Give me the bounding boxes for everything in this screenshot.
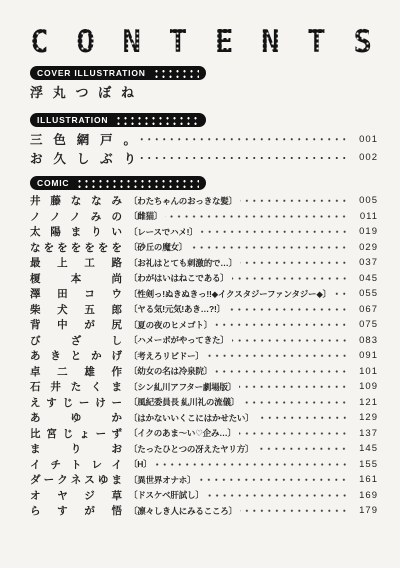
dot-leader [165,209,348,225]
cover-illustration-entries: 浮丸つぼね [0,83,400,100]
entry-page: 137 [351,428,378,439]
toc-entry-row: あゆか 〔はかないいくこにはかせたい〕 129 [30,410,378,426]
toc-entry-row: まりお 〔たったひとつの冴えたヤリ方〕 145 [30,441,378,457]
entry-page: 002 [351,152,378,163]
comic-banner: COMIC [30,176,206,190]
contents-page: CONTENTS COVER ILLUSTRATION 浮丸つぼね ILLUST… [0,0,400,568]
dot-leader [240,255,348,271]
banner-dots-pattern [75,178,199,189]
toc-entry-row: 柴犬五郎 〔ヤる気!元気!あき…?!〕 067 [30,302,378,318]
entry-author: 背中が尻 [30,317,122,332]
toc-entry-row: らすが悟 〔凛々しき人にみるこころ〕 179 [30,503,378,519]
illustration-banner: ILLUSTRATION [30,113,206,127]
entry-title: 〔たったひとつの冴えたヤリ方〕 [129,443,253,455]
entry-title: 〔考えろリビドー〕 [129,350,204,362]
dot-leader [190,240,348,256]
entry-author: 三色網戸。 [30,130,136,148]
entry-author: 比宮じょーず [30,426,122,441]
entry-page: 109 [351,381,378,392]
dot-leader [257,410,348,426]
cover-illustration-banner-label: COVER ILLUSTRATION [37,68,146,78]
banner-dots-pattern [114,115,199,126]
toc-entry-row: 榎本尚 〔わがはいはねこである〕 045 [30,271,378,287]
entry-page: 029 [351,242,378,253]
section-comic: COMIC 井藤ななみ 〔わたちゃんのおっきな髪〕 005 ノノノみの 〔雌猫〕… [0,176,400,519]
entry-page: 161 [351,474,378,485]
entry-title: 〔シン糺川アフター劇場版〕 [129,381,236,393]
entry-page: 005 [351,195,378,206]
comic-banner-label: COMIC [37,178,69,188]
entry-title: 〔ヤる気!元気!あき…?!〕 [129,303,225,315]
page-title: CONTENTS [30,26,372,59]
toc-entry-row: 最上工路 〔お礼はとても刺激的で…〕 037 [30,255,378,271]
entry-author: あきとかげ [30,348,122,363]
dot-leader [215,317,348,333]
dot-leader [201,224,348,240]
dot-leader [155,457,348,473]
entry-author: 浮丸つぼね [30,82,134,101]
entry-page: 019 [351,226,378,237]
entry-page: 045 [351,273,378,284]
entry-author: 井藤ななみ [30,193,122,208]
entry-title: 〔砂丘の魔女〕 [129,241,187,253]
dot-leader [232,333,348,349]
entry-author: びざし [30,333,122,348]
entry-title: 〔H〕 [129,458,152,470]
entry-author: 卓二雄作 [30,364,122,379]
entry-page: 145 [351,443,378,454]
dot-leader [239,426,348,442]
entry-author: 澤田コウ [30,286,122,301]
entry-page: 067 [351,304,378,315]
dot-leader [207,488,348,504]
entry-author: イチトレイ [30,457,122,472]
dot-leader [228,302,348,318]
toc-entry-row: 浮丸つぼね [30,83,378,100]
dot-leader [256,441,348,457]
toc-entry-row: 井藤ななみ 〔わたちゃんのおっきな髪〕 005 [30,193,378,209]
entry-page: 169 [351,490,378,501]
toc-entry-row: ダークネスゆま 〔異世界オナホ〕 161 [30,472,378,488]
toc-entry-row: なをををををを 〔砂丘の魔女〕 029 [30,240,378,256]
entry-title: 〔ハメーボがやってきた〕 [129,334,229,346]
toc-entry-row: 三色網戸。 001 [30,130,378,149]
entry-author: あゆか [30,410,122,425]
dot-leader [139,149,348,168]
entry-title: 〔夏の夜のヒメゴト〕 [129,319,212,331]
entry-title: 〔はかないいくこにはかせたい〕 [129,412,254,424]
section-cover-illustration: COVER ILLUSTRATION 浮丸つぼね [0,66,400,100]
entry-author: 榎本尚 [30,271,122,286]
toc-entry-row: ノノノみの 〔雌猫〕 011 [30,209,378,225]
illustration-entries: 三色網戸。 001 お久しぶり 002 [0,130,400,167]
entry-author: 石井たくま [30,379,122,394]
comic-entries: 井藤ななみ 〔わたちゃんのおっきな髪〕 005 ノノノみの 〔雌猫〕 011 太… [0,193,400,519]
page-title-letters: CONTENTS [30,26,372,59]
entry-page: 075 [351,319,378,330]
entry-title: 〔性剣っ!ぬきぬきっ!!◆イクスタジーファンタジー◆〕 [129,288,331,300]
entry-author: まりお [30,441,122,456]
toc-entry-row: オヤジ草 〔ドスケベ肝試し〕 169 [30,488,378,504]
entry-title: 〔お礼はとても刺激的で…〕 [129,257,237,269]
entry-page: 091 [351,350,378,361]
toc-entry-row: お久しぶり 002 [30,149,378,168]
dot-leader [198,472,348,488]
entry-page: 001 [351,134,378,145]
dot-leader [334,286,348,302]
toc-entry-row: 太陽まりい 〔レースでハメ!〕 019 [30,224,378,240]
entry-author: らすが悟 [30,503,122,518]
entry-author: オヤジ草 [30,488,122,503]
dot-leader [207,348,348,364]
entry-page: 101 [351,366,378,377]
entry-author: ノノノみの [30,209,122,224]
entry-page: 011 [351,211,378,222]
toc-entry-row: びざし 〔ハメーボがやってきた〕 083 [30,333,378,349]
entry-title: 〔幼女の名は冷泉院〕 [129,365,212,377]
entry-page: 083 [351,335,378,346]
entry-title: 〔ドスケベ肝試し〕 [129,489,204,501]
entry-page: 121 [351,397,378,408]
toc-entry-row: 石井たくま 〔シン糺川アフター劇場版〕 109 [30,379,378,395]
entry-title: 〔イクのあま〜い♡企み…〕 [129,427,236,439]
entry-title: 〔レースでハメ!〕 [129,226,198,238]
dot-leader [232,271,348,287]
entry-author: なをををををを [30,240,122,255]
entry-author: 太陽まりい [30,224,122,239]
entry-author: 柴犬五郎 [30,302,122,317]
toc-entry-row: イチトレイ 〔H〕 155 [30,457,378,473]
entry-page: 155 [351,459,378,470]
toc-entry-row: 背中が尻 〔夏の夜のヒメゴト〕 075 [30,317,378,333]
entry-title: 〔わたちゃんのおっきな髪〕 [129,195,237,207]
illustration-banner-label: ILLUSTRATION [37,115,108,125]
entry-author: お久しぶり [30,149,136,167]
section-illustration: ILLUSTRATION 三色網戸。 001 お久しぶり 002 [0,113,400,167]
toc-entry-row: 澤田コウ 〔性剣っ!ぬきぬきっ!!◆イクスタジーファンタジー◆〕 055 [30,286,378,302]
entry-title: 〔異世界オナホ〕 [129,474,195,486]
entry-title: 〔わがはいはねこである〕 [129,272,229,284]
entry-page: 037 [351,257,378,268]
dot-leader [215,364,348,380]
entry-page: 129 [351,412,378,423]
cover-illustration-banner: COVER ILLUSTRATION [30,66,206,80]
entry-title: 〔凛々しき人にみるこころ〕 [129,505,237,517]
dot-leader [239,379,348,395]
dot-leader [139,130,348,149]
toc-entry-row: 卓二雄作 〔幼女の名は冷泉院〕 101 [30,364,378,380]
toc-entry-row: あきとかげ 〔考えろリビドー〕 091 [30,348,378,364]
dot-leader [242,395,348,411]
entry-title: 〔雌猫〕 [129,210,162,222]
entry-title: 〔風紀委員長 糺川礼の流儀〕 [129,396,239,408]
dot-leader [240,503,348,519]
toc-entry-row: えすじーけー 〔風紀委員長 糺川礼の流儀〕 121 [30,395,378,411]
entry-author: えすじーけー [30,395,122,410]
entry-page: 055 [351,288,378,299]
toc-entry-row: 比宮じょーず 〔イクのあま〜い♡企み…〕 137 [30,426,378,442]
entry-author: ダークネスゆま [30,472,122,487]
banner-dots-pattern [152,68,199,79]
dot-leader [240,193,348,209]
entry-page: 179 [351,505,378,516]
entry-author: 最上工路 [30,255,122,270]
